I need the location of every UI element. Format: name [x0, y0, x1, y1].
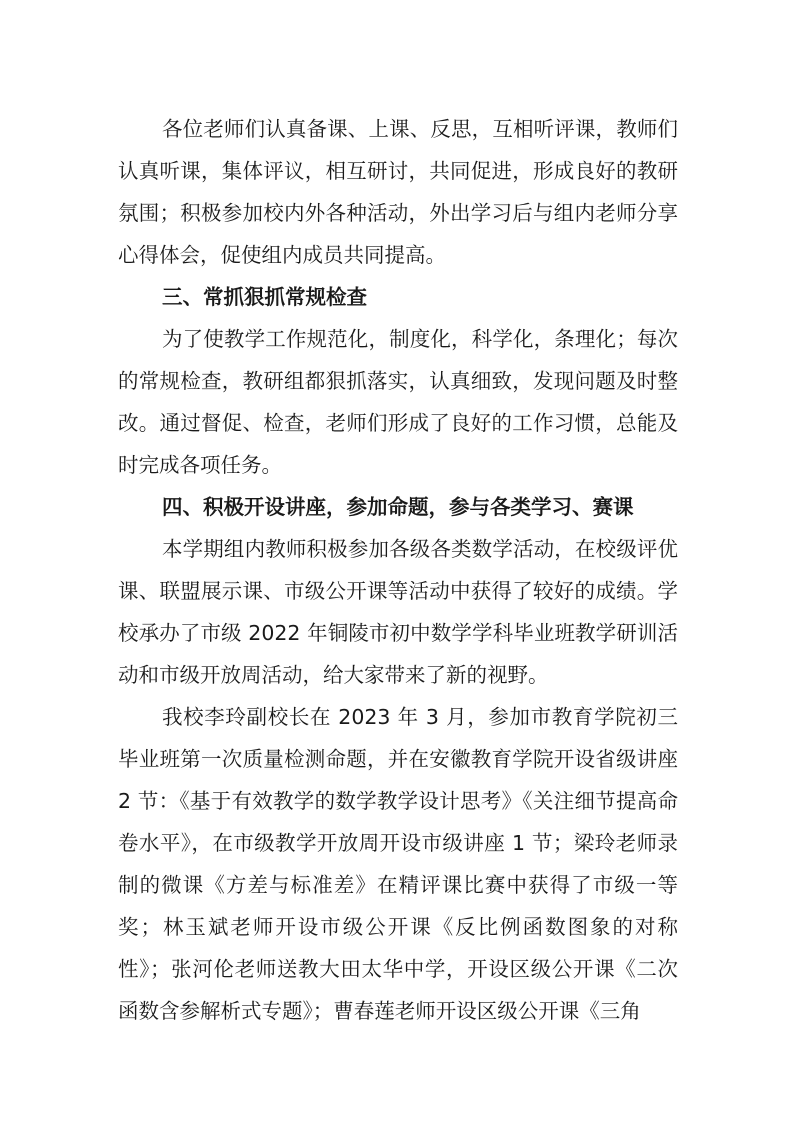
paragraph-teaching-activities: 各位老师们认真备课、上课、反思，互相听评课，教师们认真听课，集体评议，相互研讨，… [118, 108, 678, 276]
document-page: 各位老师们认真备课、上课、反思，互相听评课，教师们认真听课，集体评议，相互研讨，… [118, 108, 678, 1032]
section-heading-3: 三、常抓狠抓常规检查 [118, 276, 678, 318]
paragraph-activities-results: 本学期组内教师积极参加各级各类数学活动，在校级评优课、联盟展示课、市级公开课等活… [118, 528, 678, 696]
paragraph-lectures-awards: 我校李玲副校长在 2023 年 3 月，参加市教育学院初三毕业班第一次质量检测命… [118, 696, 678, 1032]
paragraph-routine-checks: 为了使教学工作规范化，制度化，科学化，条理化；每次的常规检查，教研组都狠抓落实，… [118, 318, 678, 486]
section-heading-4: 四、积极开设讲座，参加命题，参与各类学习、赛课 [118, 486, 678, 528]
